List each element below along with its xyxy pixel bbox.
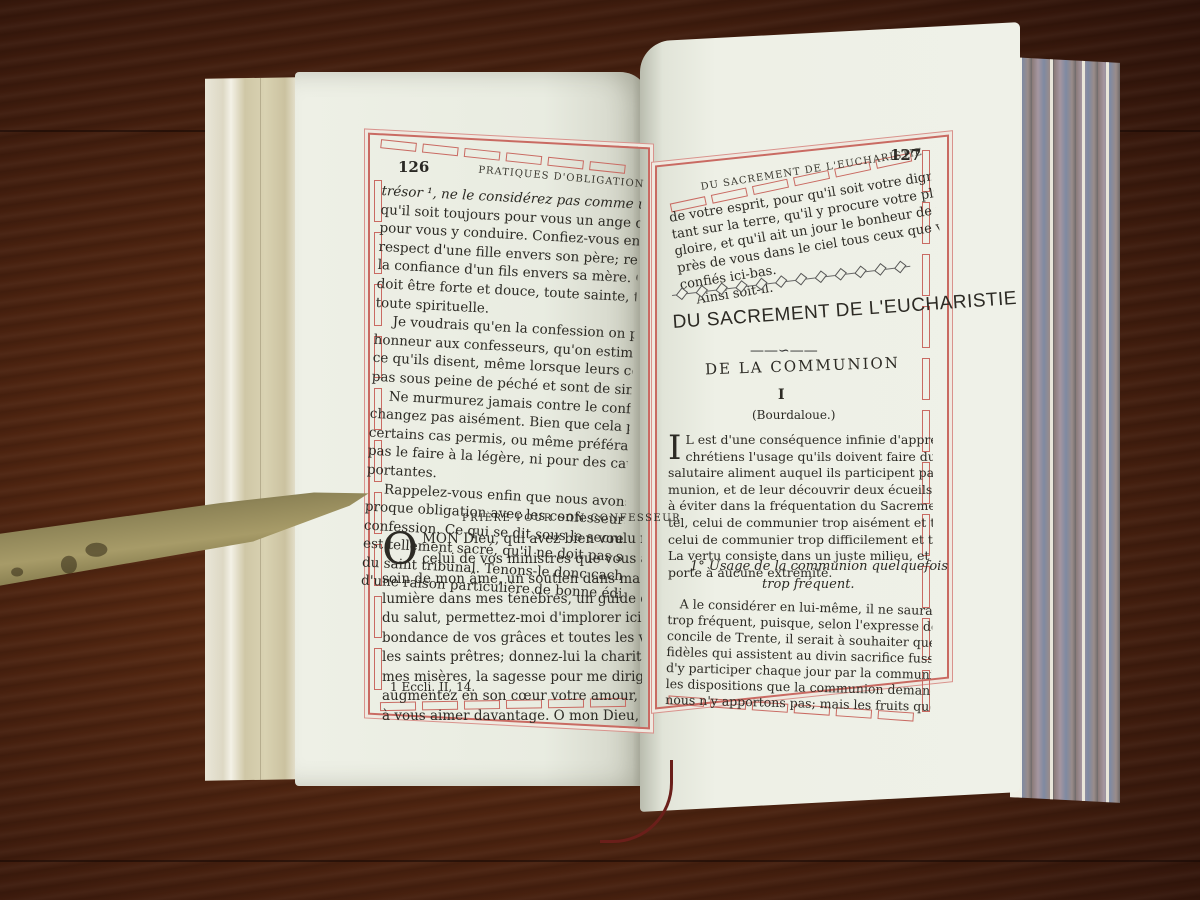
- text-line: MON Dieu, qui avez bien voulu me donner,: [422, 530, 642, 550]
- prayer-title: PRIÈRE POUR SON CONFESSEUR: [462, 508, 681, 530]
- subheading-line-2: trop fréquent.: [762, 574, 855, 596]
- text-line: chrétiens l'usage qu'ils doivent faire d…: [685, 449, 933, 466]
- text-line: soin de mon âme, un soutien dans ma faib…: [382, 570, 642, 590]
- right-page-subsection-body: A le considérer en lui-même, il ne saura…: [665, 596, 933, 715]
- text-line: les saints prêtres; donnez-lui la charit…: [382, 648, 642, 668]
- text-line: lumière dans mes ténèbres, un guide dans…: [382, 590, 642, 610]
- text-line: à vous aimer davantage. O mon Dieu, remp…: [382, 707, 642, 727]
- text-line: bondance de vos grâces et toutes les ver…: [382, 629, 642, 649]
- section-number: I: [778, 384, 785, 406]
- attribution: (Bourdaloue.): [752, 404, 835, 426]
- dropcap: O: [382, 530, 418, 570]
- text-line: salutaire aliment auquel ils participent…: [668, 465, 933, 482]
- dropcap: I: [668, 432, 681, 464]
- text-line: tel, celui de communier trop aisément et…: [668, 515, 933, 532]
- table-seam: [0, 860, 1200, 862]
- text-line: à éviter dans la fréquentation du Sacrem…: [668, 498, 933, 515]
- text-line: celui de communier trop difficilement et…: [668, 532, 933, 549]
- text-line: celui de vos ministres que vous avez cha…: [422, 550, 642, 570]
- ribbon-bookmark: [600, 760, 673, 843]
- left-page-number: 126: [398, 158, 429, 176]
- footnote: 1 Eccli. II, 14.: [390, 676, 475, 698]
- book-left-page-edges: [205, 77, 297, 781]
- book-marbled-edges: [1010, 57, 1120, 803]
- text-line: L est d'une conséquence infinie d'appren…: [685, 432, 933, 449]
- text-line: munion, et de leur découvrir deux écueil…: [668, 482, 933, 499]
- text-line: du salut, permettez-moi d'implorer ici p…: [382, 609, 642, 629]
